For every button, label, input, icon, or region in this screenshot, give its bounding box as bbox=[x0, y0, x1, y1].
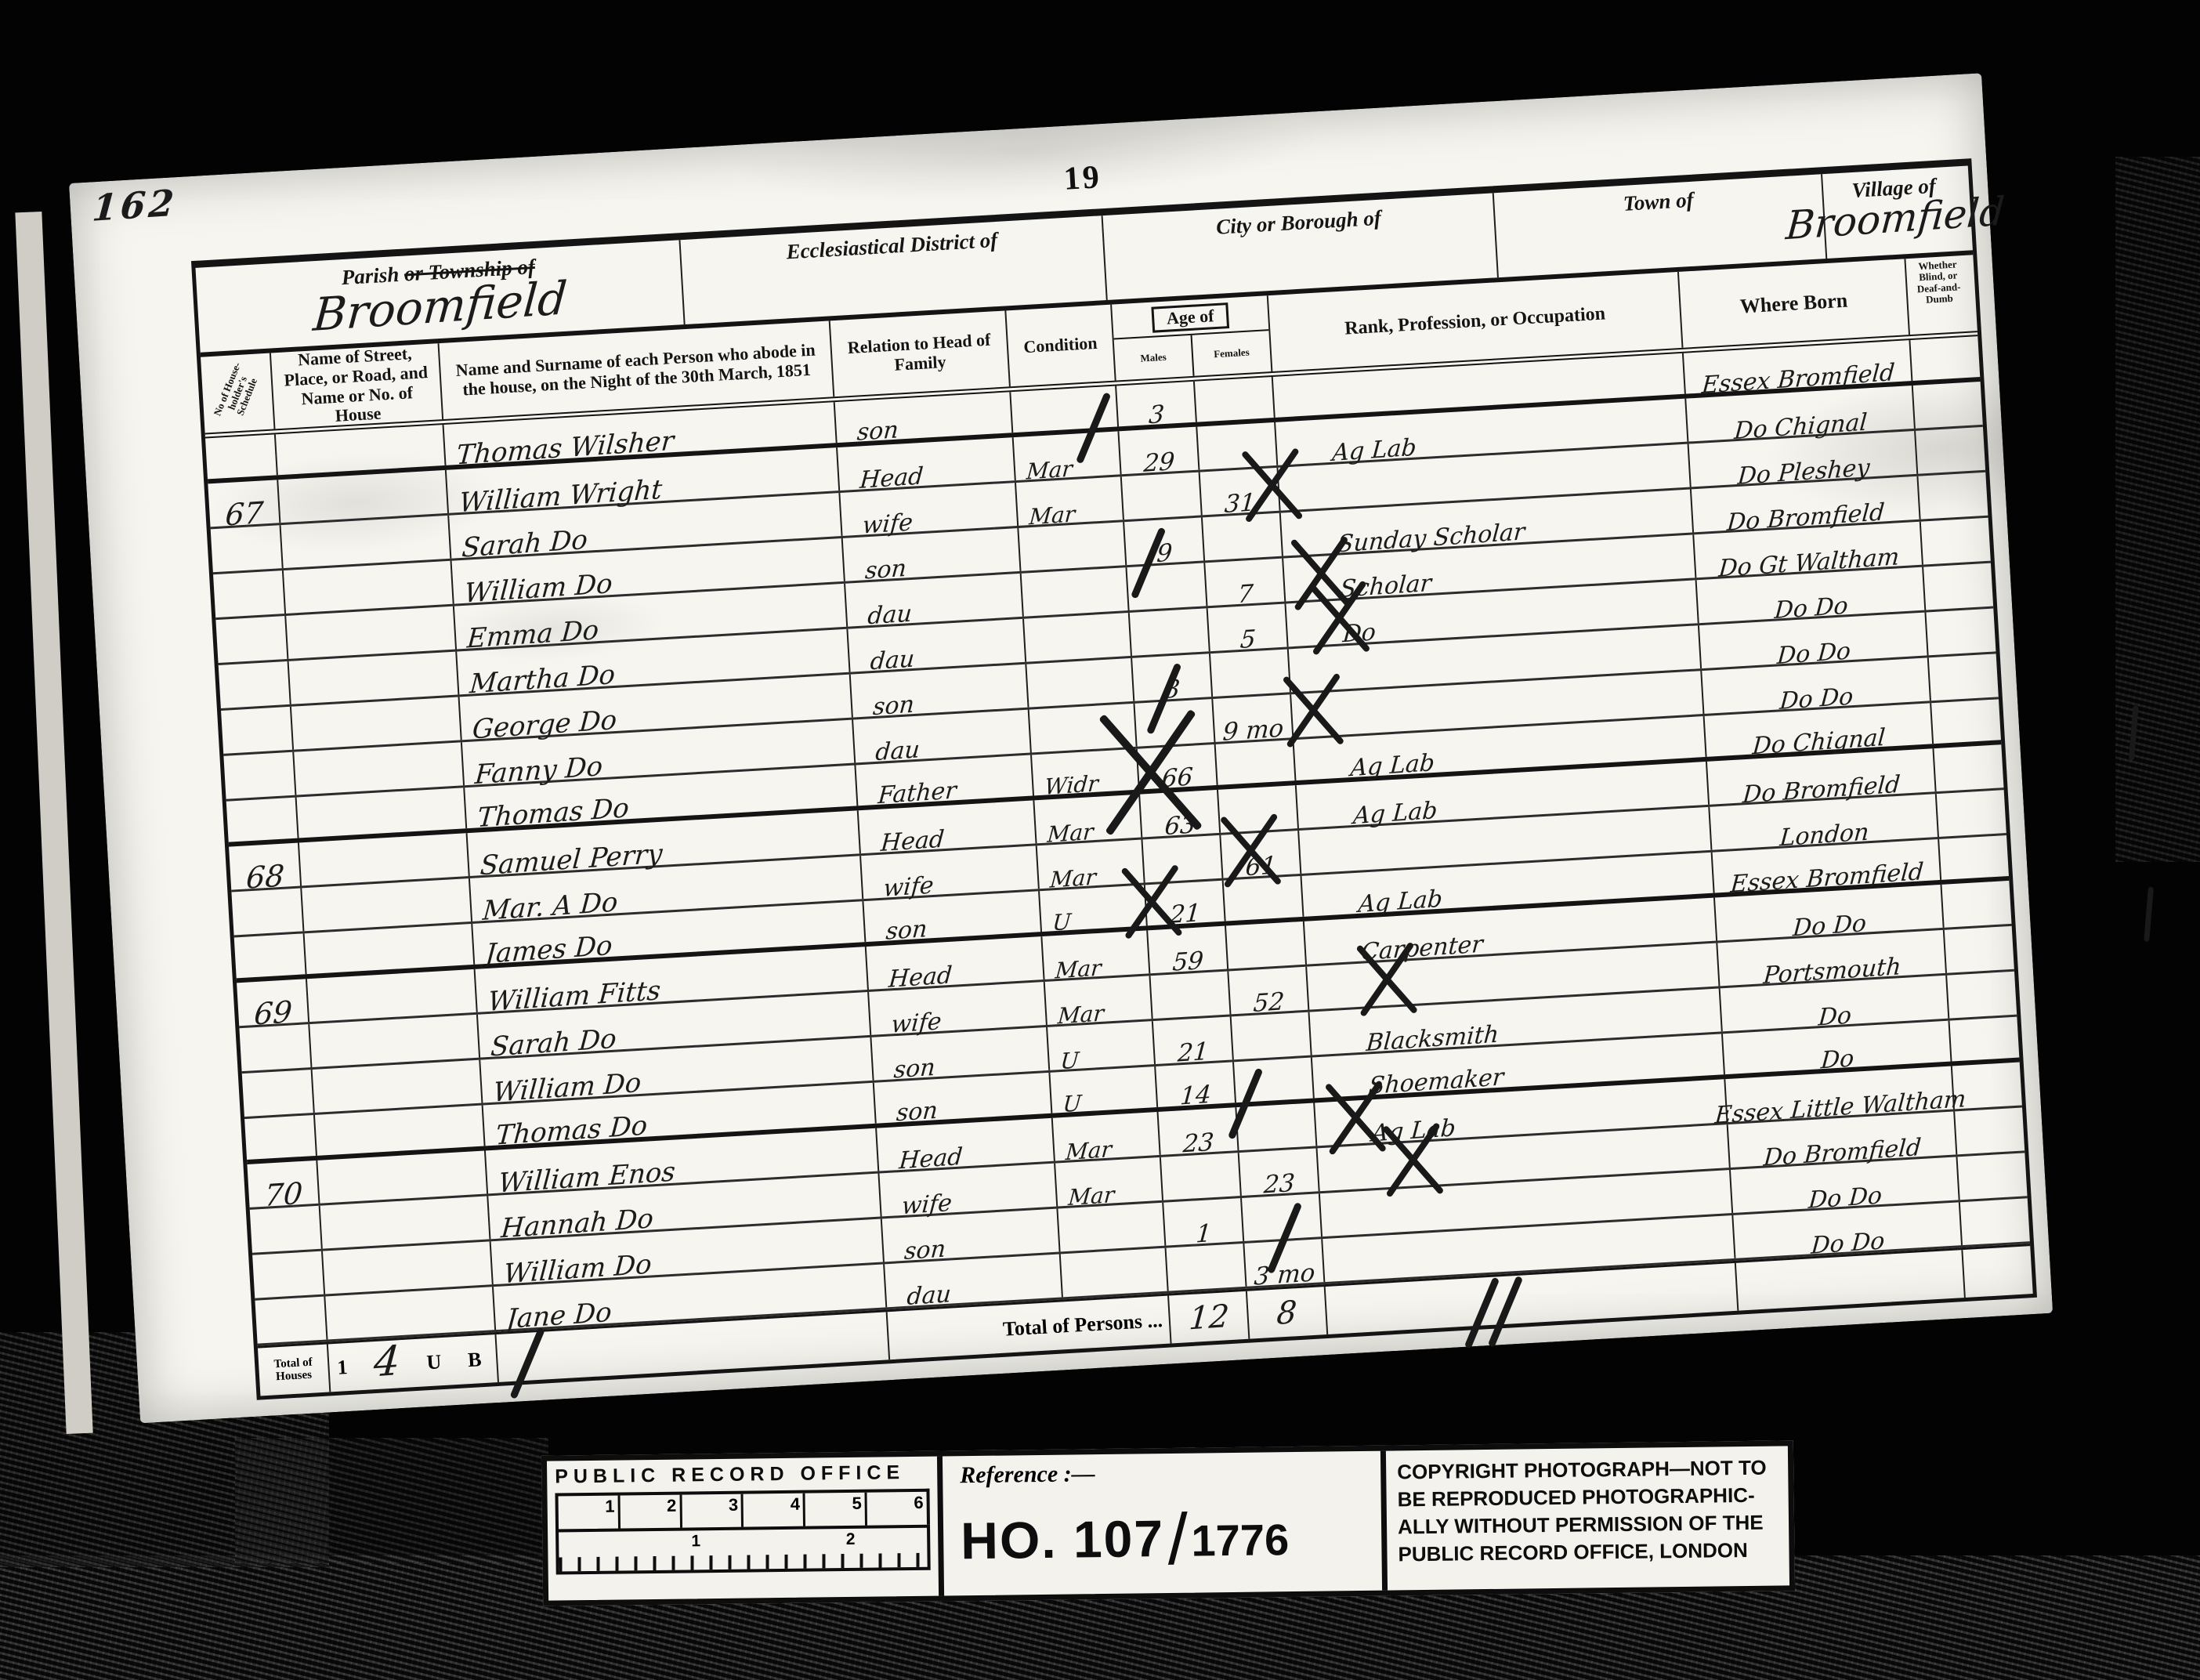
ink-mark bbox=[2144, 887, 2154, 942]
reference-value: HO. 107 / 1776 bbox=[961, 1489, 1382, 1577]
relation-cell: dau bbox=[845, 574, 1024, 627]
relation-cell: son bbox=[882, 1209, 1061, 1262]
schedule-cell bbox=[226, 798, 299, 842]
schedule-cell bbox=[239, 1024, 312, 1071]
age-female-cell bbox=[1218, 785, 1299, 833]
age-subheaders: Males Females bbox=[1114, 329, 1272, 381]
ruler-ticks-icon: 12 bbox=[555, 1525, 931, 1575]
condition-cell bbox=[1019, 522, 1127, 571]
age-male-cell: 29 bbox=[1119, 427, 1200, 475]
street-cell bbox=[286, 606, 457, 659]
age-male-cell: 63 bbox=[1140, 790, 1221, 838]
age-male-cell bbox=[1142, 835, 1223, 883]
condition-cell bbox=[1022, 567, 1130, 617]
age-female-cell: 7 bbox=[1205, 559, 1286, 606]
ruler-number: 4 bbox=[744, 1494, 805, 1527]
infirm-cell bbox=[1934, 745, 1999, 792]
age-male-cell: 21 bbox=[1153, 1016, 1234, 1064]
street-cell bbox=[309, 1015, 480, 1067]
schedule-cell bbox=[244, 1115, 317, 1160]
infirm-cell bbox=[1929, 654, 1994, 701]
relation-cell: wife bbox=[840, 483, 1019, 536]
page-number: 19 bbox=[1062, 158, 1102, 198]
condition-cell: Mar bbox=[1016, 476, 1124, 526]
schedule-cell bbox=[242, 1070, 315, 1117]
street-cell bbox=[291, 697, 462, 749]
infirm-cell bbox=[1918, 472, 1983, 520]
condition-cell: Mar bbox=[1037, 839, 1145, 889]
age-female-cell bbox=[1226, 921, 1307, 969]
age-male-cell bbox=[1150, 971, 1231, 1019]
schedule-cell bbox=[219, 661, 291, 708]
age-female-cell bbox=[1195, 377, 1275, 422]
ruler-number: 3 bbox=[682, 1494, 744, 1528]
ecclesiastical-label: Ecclesiastical District of bbox=[786, 228, 998, 264]
street-cell bbox=[289, 651, 460, 704]
col-header-born: Where Born bbox=[1679, 259, 1910, 348]
total-houses-label-cell: Total of Houses bbox=[258, 1344, 331, 1396]
age-male-cell: 3 bbox=[1132, 654, 1213, 701]
schedule-cell: 68 bbox=[229, 842, 302, 889]
schedule-cell bbox=[213, 570, 286, 617]
condition-cell: U bbox=[1040, 885, 1148, 932]
condition-cell bbox=[1011, 386, 1119, 433]
relation-cell: Head bbox=[838, 437, 1016, 491]
folio-number-mirrored: 162 bbox=[91, 181, 179, 229]
age-male-cell: 66 bbox=[1138, 744, 1218, 790]
col-header-age: Age of Males Females bbox=[1112, 295, 1272, 380]
age-female-cell: 61 bbox=[1221, 831, 1301, 878]
photo-noise-texture bbox=[2115, 157, 2200, 862]
schedule-cell bbox=[234, 933, 307, 978]
condition-cell: Mar bbox=[1045, 976, 1153, 1025]
ruler-number: 6 bbox=[867, 1492, 927, 1526]
age-male-cell: 3 bbox=[1116, 382, 1197, 427]
schedule-cell bbox=[252, 1251, 325, 1298]
infirm-cell bbox=[1955, 1108, 2020, 1155]
ruler-number: 5 bbox=[805, 1493, 867, 1526]
street-cell bbox=[315, 1106, 486, 1156]
total-females-handwritten: 8 bbox=[1275, 1294, 1298, 1331]
schedule-cell: 70 bbox=[247, 1160, 320, 1207]
condition-cell: Mar bbox=[1053, 1112, 1161, 1161]
infirm-cell bbox=[1939, 835, 2004, 880]
reference-label: Reference :— bbox=[960, 1457, 1380, 1490]
ruler-number: 2 bbox=[620, 1495, 682, 1529]
street-cell bbox=[294, 742, 465, 795]
pro-copyright-section: COPYRIGHT PHOTOGRAPH—NOT TOBE REPRODUCED… bbox=[1386, 1446, 1789, 1590]
street-cell bbox=[278, 470, 449, 523]
schedule-cell bbox=[223, 752, 296, 799]
infirm-cell bbox=[1941, 881, 2006, 928]
total-males-handwritten: 12 bbox=[1188, 1298, 1230, 1337]
age-male-cell: 1 bbox=[1163, 1198, 1244, 1246]
building-mark: B bbox=[467, 1348, 482, 1372]
schedule-cell bbox=[205, 434, 278, 479]
col-header-street: Name of Street, Place, or Road, and Name… bbox=[271, 343, 443, 429]
age-male-cell bbox=[1122, 472, 1203, 520]
infirm-cell bbox=[1960, 1199, 2025, 1246]
copyright-line: ALLY WITHOUT PERMISSION OF THE bbox=[1398, 1509, 1784, 1541]
condition-cell: Mar bbox=[1034, 795, 1142, 844]
age-female-cell: 5 bbox=[1208, 603, 1289, 651]
schedule-header-text: No of House-holder's Schedule bbox=[211, 358, 264, 428]
total-houses-value-handwritten: 4 bbox=[372, 1337, 402, 1386]
reference-slash: / bbox=[1167, 1500, 1189, 1580]
age-male-cell bbox=[1167, 1244, 1247, 1291]
age-female-cell: 9 mo bbox=[1213, 694, 1294, 742]
age-male-cell bbox=[1134, 699, 1215, 747]
infirm-cell bbox=[1949, 1017, 2014, 1062]
street-cell bbox=[313, 1060, 483, 1113]
village-cell: Village of Broomfield bbox=[1822, 166, 1968, 259]
males-subheader: Males bbox=[1114, 335, 1195, 380]
infirm-cell bbox=[1952, 1063, 2017, 1110]
age-male-cell bbox=[1130, 608, 1210, 656]
street-cell bbox=[325, 1287, 496, 1339]
age-female-cell: 31 bbox=[1200, 468, 1281, 516]
relation-cell: wife bbox=[861, 845, 1040, 899]
relation-cell: wife bbox=[869, 982, 1048, 1035]
copyright-line: PUBLIC RECORD OFFICE, LONDON bbox=[1398, 1537, 1784, 1569]
schedule-cell bbox=[250, 1206, 323, 1253]
infirm-cell bbox=[1913, 382, 1978, 429]
infirm-cell bbox=[1921, 518, 1986, 565]
infirm-cell bbox=[1945, 926, 2010, 973]
city-borough-cell: City or Borough of bbox=[1103, 193, 1499, 300]
condition-cell bbox=[1024, 613, 1132, 662]
schedule-cell bbox=[231, 888, 304, 935]
schedule-cell bbox=[211, 525, 284, 572]
infirm-cell bbox=[1947, 972, 2012, 1019]
total-females-cell: 8 bbox=[1247, 1287, 1328, 1339]
age-female-cell bbox=[1242, 1193, 1323, 1241]
scanned-census-photograph: 162 19 Parish or Township of Broomfield … bbox=[0, 0, 2200, 1680]
schedule-cell bbox=[215, 616, 288, 663]
condition-cell bbox=[1058, 1203, 1166, 1252]
age-male-cell: 14 bbox=[1156, 1062, 1236, 1107]
col-header-relation: Relation to Head of Family bbox=[830, 310, 1011, 396]
relation-cell: dau bbox=[885, 1254, 1063, 1307]
total-empty-cell bbox=[1736, 1250, 1966, 1311]
street-cell bbox=[305, 924, 476, 974]
age-female-cell bbox=[1224, 876, 1304, 921]
infirm-cell bbox=[1931, 700, 1996, 744]
town-label: Town of bbox=[1623, 188, 1694, 216]
schedule-cell: 67 bbox=[208, 480, 280, 527]
col-header-schedule: No of House-holder's Schedule bbox=[201, 353, 275, 433]
age-female-cell: 3 mo bbox=[1244, 1239, 1325, 1287]
town-cell: Town of bbox=[1494, 174, 1828, 277]
schedule-cell bbox=[221, 707, 294, 754]
street-cell bbox=[320, 1196, 491, 1248]
infirm-cell bbox=[1958, 1153, 2023, 1200]
col-header-condition: Condition bbox=[1006, 305, 1116, 387]
relation-cell: son bbox=[843, 528, 1022, 581]
street-cell bbox=[276, 425, 447, 475]
relation-cell: Head bbox=[867, 936, 1045, 990]
ruler-number: 2 bbox=[846, 1530, 856, 1549]
reference-ho: HO. 107 bbox=[961, 1509, 1165, 1570]
condition-cell: Widr bbox=[1032, 749, 1140, 796]
street-cell bbox=[284, 561, 454, 614]
pro-office-title: PUBLIC RECORD OFFICE bbox=[555, 1461, 929, 1489]
age-male-cell bbox=[1161, 1153, 1242, 1200]
relation-cell: dau bbox=[853, 710, 1032, 763]
infirm-cell bbox=[1910, 336, 1975, 381]
col-header-infirm: Whether Blind, or Deaf-and-Dumb bbox=[1905, 255, 1972, 335]
age-female-cell bbox=[1232, 1012, 1312, 1060]
infirm-cell bbox=[1926, 609, 1991, 656]
condition-cell bbox=[1029, 704, 1138, 753]
street-cell bbox=[302, 878, 472, 931]
ruler-number: 1 bbox=[691, 1532, 700, 1551]
age-female-cell bbox=[1203, 513, 1283, 561]
total-males-cell: 12 bbox=[1169, 1291, 1250, 1344]
ruler-number: 1 bbox=[559, 1496, 621, 1530]
street-cell bbox=[307, 969, 478, 1022]
relation-cell: son bbox=[851, 664, 1029, 718]
pro-reference-section: Reference :— HO. 107 / 1776 bbox=[943, 1451, 1388, 1596]
relation-cell: dau bbox=[848, 619, 1026, 672]
copyright-line: BE REPRODUCED PHOTOGRAPHIC- bbox=[1397, 1481, 1783, 1513]
census-rows: Thomas Wilsher son 3 Essex Bromfield 67 … bbox=[205, 336, 2030, 1346]
age-male-cell: 59 bbox=[1148, 926, 1228, 974]
total-persons-label: Total of Persons ... bbox=[888, 1308, 1170, 1348]
schedule-cell: 69 bbox=[237, 979, 309, 1026]
ruler-scale-icon: 123456 bbox=[555, 1489, 930, 1530]
condition-cell bbox=[1061, 1248, 1169, 1298]
infirm-cell bbox=[1916, 427, 1981, 474]
age-male-cell: 21 bbox=[1145, 881, 1226, 926]
reference-piece: 1776 bbox=[1191, 1515, 1289, 1566]
condition-cell bbox=[1026, 658, 1134, 708]
relation-cell: Head bbox=[859, 800, 1037, 853]
condition-cell: Mar bbox=[1042, 930, 1150, 979]
street-cell bbox=[323, 1241, 494, 1294]
age-female-cell bbox=[1234, 1058, 1315, 1103]
infirm-cell bbox=[1923, 563, 1988, 610]
condition-cell: Mar bbox=[1014, 431, 1122, 480]
infirm-cell bbox=[1937, 790, 2002, 837]
age-male-cell: 9 bbox=[1124, 517, 1205, 565]
age-female-cell: 52 bbox=[1228, 967, 1309, 1015]
street-cell bbox=[317, 1150, 488, 1203]
total-houses-label: Total of Houses bbox=[259, 1356, 329, 1385]
age-female-cell bbox=[1210, 649, 1291, 697]
pro-ruler-section: PUBLIC RECORD OFFICE 123456 12 bbox=[547, 1457, 944, 1601]
relation-cell: wife bbox=[879, 1164, 1058, 1217]
uninhabited-mark: U bbox=[426, 1350, 442, 1374]
inhabited-mark: 1 bbox=[337, 1356, 349, 1380]
total-empty-cell bbox=[1963, 1246, 2028, 1298]
relation-cell: Head bbox=[877, 1118, 1055, 1171]
street-cell bbox=[297, 787, 468, 838]
condition-cell: U bbox=[1048, 1021, 1156, 1070]
photo-noise-texture bbox=[235, 1438, 548, 1563]
condition-cell: U bbox=[1050, 1066, 1158, 1113]
females-subheader: Females bbox=[1192, 331, 1272, 376]
street-cell bbox=[281, 516, 452, 568]
census-page: 162 19 Parish or Township of Broomfield … bbox=[69, 73, 2053, 1423]
age-female-cell bbox=[1236, 1102, 1317, 1150]
relation-cell: son bbox=[871, 1027, 1050, 1081]
pro-reference-strip: PUBLIC RECORD OFFICE 123456 12 Reference… bbox=[541, 1440, 1795, 1606]
street-cell bbox=[299, 833, 470, 885]
total-houses-value-cell: 1 4 U B bbox=[328, 1334, 499, 1392]
condition-cell: Mar bbox=[1055, 1157, 1163, 1207]
copyright-line: COPYRIGHT PHOTOGRAPH—NOT TO bbox=[1397, 1454, 1783, 1486]
age-male-cell bbox=[1127, 563, 1207, 610]
schedule-cell bbox=[255, 1297, 327, 1344]
age-female-cell: 23 bbox=[1239, 1148, 1320, 1196]
city-borough-label: City or Borough of bbox=[1215, 206, 1381, 240]
age-header-box: Age of bbox=[1151, 302, 1229, 332]
age-female-cell bbox=[1197, 422, 1278, 470]
census-table: Parish or Township of Broomfield Ecclesi… bbox=[191, 158, 2037, 1400]
age-female-cell bbox=[1216, 740, 1297, 785]
age-male-cell: 23 bbox=[1159, 1107, 1239, 1155]
